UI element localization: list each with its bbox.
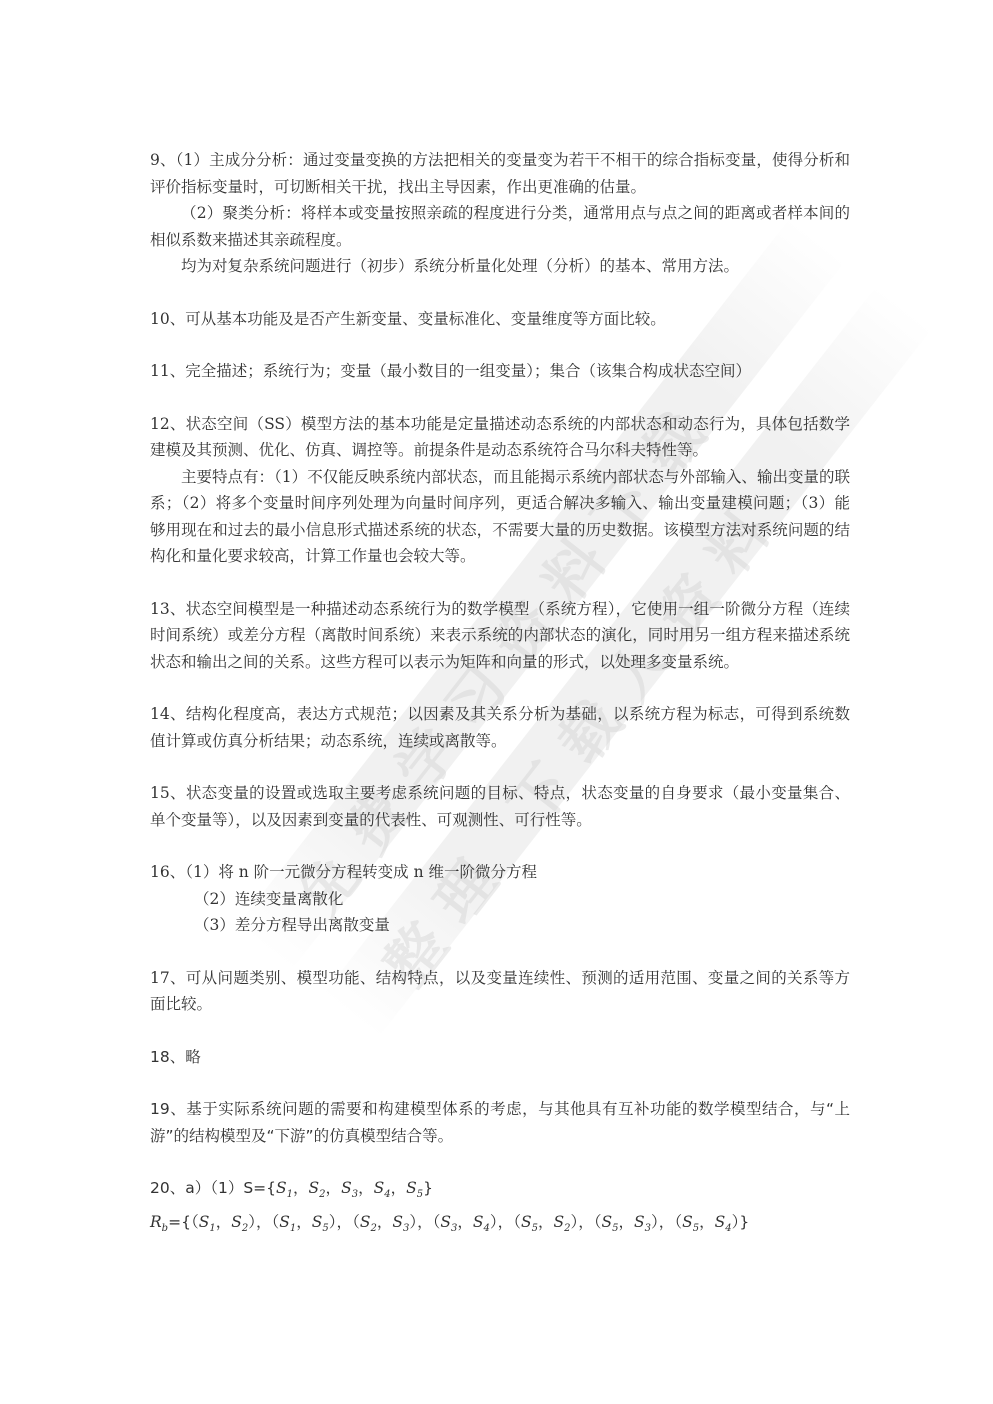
state-set-elements: S1，S2，S3，S4，S5 [276, 1179, 423, 1197]
answer-13: 13、状态空间模型是一种描述动态系统行为的数学模型（系统方程），它使用一组一阶微… [150, 596, 850, 676]
answer-9-part1: 9、（1）主成分分析：通过变量变换的方法把相关的变量变为若干不相干的综合指标变量… [150, 147, 850, 200]
answer-10: 10、可从基本功能及是否产生新变量、变量标准化、变量维度等方面比较。 [150, 306, 850, 333]
answer-17: 17、可从问题类别、模型功能、结构特点，以及变量连续性、预测的适用范围、变量之间… [150, 965, 850, 1018]
answer-9-summary: 均为对复杂系统问题进行（初步）系统分析量化处理（分析）的基本、常用方法。 [150, 253, 850, 280]
document-page: 9、（1）主成分分析：通过变量变换的方法把相关的变量变为若干不相干的综合指标变量… [150, 147, 850, 1242]
set-close: } [423, 1179, 433, 1197]
answer-16-step1: 16、（1）将 n 阶一元微分方程转变成 n 维一阶微分方程 [150, 859, 850, 886]
answer-20-relation: Rb={（S1，S2），（S1，S5），（S2，S3），（S3，S4），（S5，… [150, 1209, 850, 1243]
answer-9-part2: （2）聚类分析：将样本或变量按照亲疏的程度进行分类，通常用点与点之间的距离或者样… [150, 200, 850, 253]
relation-label: Rb [150, 1213, 168, 1231]
answer-20-prefix: 20、a）（1）S={ [150, 1179, 276, 1197]
answer-14: 14、结构化程度高，表达方式规范；以因素及其关系分析为基础，以系统方程为标志，可… [150, 701, 850, 754]
answer-11: 11、完全描述；系统行为；变量（最小数目的一组变量）；集合（该集合构成状态空间） [150, 358, 850, 385]
answer-15: 15、状态变量的设置或选取主要考虑系统问题的目标、特点，状态变量的自身要求（最小… [150, 780, 850, 833]
relation-close: } [739, 1213, 749, 1231]
answer-12-features: 主要特点有：（1）不仅能反映系统内部状态，而且能揭示系统内部状态与外部输入、输出… [150, 464, 850, 570]
answer-20-set: 20、a）（1）S={S1，S2，S3，S4，S5} [150, 1175, 850, 1209]
relation-prefix: ={ [168, 1213, 191, 1231]
answer-12-part1: 12、状态空间（SS）模型方法的基本功能是定量描述动态系统的内部状态和动态行为，… [150, 411, 850, 464]
answer-16-step2: （2）连续变量离散化 [150, 886, 850, 913]
answer-18: 18、略 [150, 1044, 850, 1071]
answer-19: 19、基于实际系统问题的需要和构建模型体系的考虑，与其他具有互补功能的数学模型结… [150, 1096, 850, 1149]
answer-16-step3: （3）差分方程导出离散变量 [150, 912, 850, 939]
relation-pairs: （S1，S2），（S1，S5），（S2，S3），（S3，S4），（S5，S2），… [191, 1213, 739, 1231]
